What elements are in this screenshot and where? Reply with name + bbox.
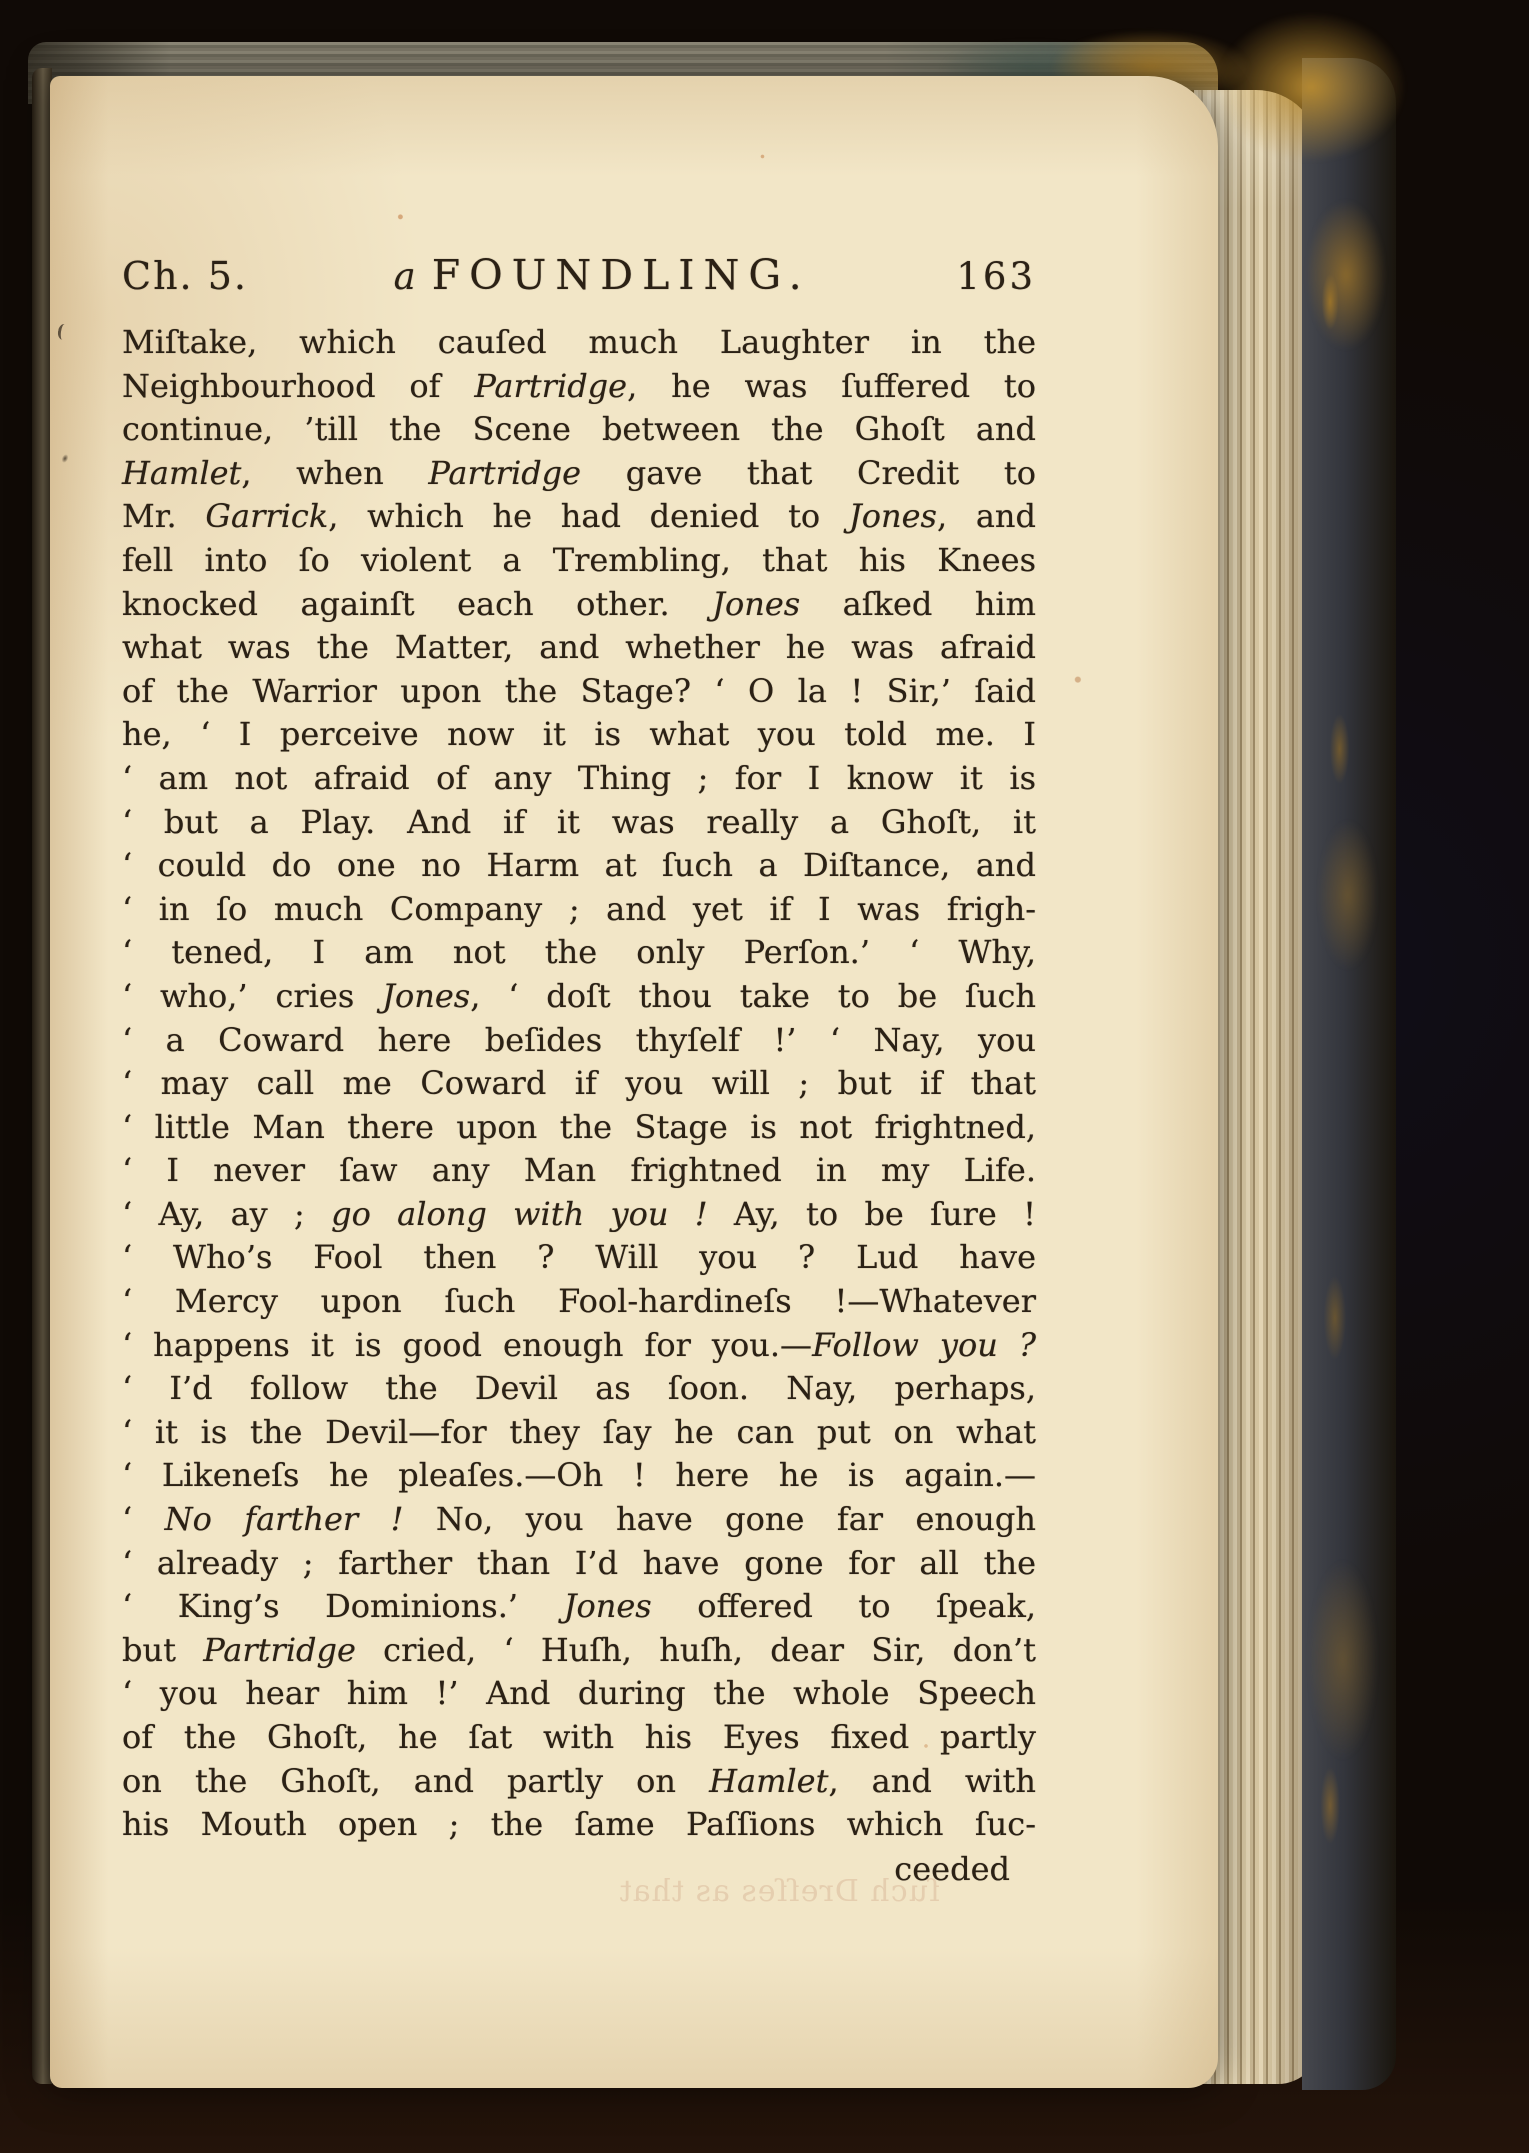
text-line: ‘ who,’ cries Jones, ‘ doſt thou take to… (122, 975, 1036, 1019)
text-column: Ch. 5. aFOUNDLING. 163 Miſtake, which ca… (122, 251, 1036, 1891)
cover-damage-patch (1308, 1560, 1378, 1760)
text-line: ‘ No farther ! No, you have gone far eno… (122, 1498, 1036, 1542)
text-line: his Mouth open ; the ſame Paſſions which… (122, 1803, 1036, 1847)
text-line: Hamlet, when Partridge gave that Credit … (122, 452, 1036, 496)
running-title-caps: FOUNDLING. (432, 251, 811, 299)
text-line: ‘ I’d follow the Devil as ſoon. Nay, per… (122, 1367, 1036, 1411)
photo-background: Ch. 5. aFOUNDLING. 163 Miſtake, which ca… (0, 0, 1529, 2153)
text-line: fell into ſo violent a Trembling, that h… (122, 539, 1036, 583)
text-line: ‘ may call me Coward if you will ; but i… (122, 1062, 1036, 1106)
text-line: he, ‘ I perceive now it is what you told… (122, 713, 1036, 757)
text-line: Neighbourhood of Partridge, he was ſuffe… (122, 365, 1036, 409)
text-line: ‘ tened, I am not the only Perſon.’ ‘ Wh… (122, 931, 1036, 975)
text-line: of the Warrior upon the Stage? ‘ O la ! … (122, 670, 1036, 714)
text-line: knocked againſt each other. Jones aſked … (122, 583, 1036, 627)
text-line: ‘ little Man there upon the Stage is not… (122, 1106, 1036, 1150)
text-line: ‘ happens it is good enough for you.—Fol… (122, 1324, 1036, 1368)
page-number: 163 (956, 255, 1036, 298)
text-line: ‘ you hear him !’ And during the whole S… (122, 1672, 1036, 1716)
showthrough-text: ſuch Dreſſes as that (520, 1874, 940, 1909)
text-line: ‘ Who’s Fool then ? Will you ? Lud have (122, 1236, 1036, 1280)
text-line: on the Ghoſt, and partly on Hamlet, and … (122, 1760, 1036, 1804)
cover-damage-patch (1318, 820, 1378, 970)
text-line: what was the Matter, and whether he was … (122, 626, 1036, 670)
text-line: ‘ I never ſaw any Man frightned in my Li… (122, 1149, 1036, 1193)
text-line: ‘ but a Play. And if it was really a Gho… (122, 801, 1036, 845)
text-line: continue, ’till the Scene between the Gh… (122, 408, 1036, 452)
text-line: ‘ a Coward here beſides thyſelf !’ ‘ Nay… (122, 1019, 1036, 1063)
text-line: ‘ already ; farther than I’d have gone f… (122, 1542, 1036, 1586)
margin-ink-mark (60, 453, 69, 464)
text-line: ‘ Mercy upon ſuch Fool-hardineſs !—Whate… (122, 1280, 1036, 1324)
text-line: ‘ King’s Dominions.’ Jones offered to ſp… (122, 1585, 1036, 1629)
text-line: of the Ghoſt, he ſat with his Eyes fixed… (122, 1716, 1036, 1760)
text-line: ‘ it is the Devil—for they ſay he can pu… (122, 1411, 1036, 1455)
cover-damage-patch (1306, 200, 1386, 350)
book-gutter-edge (32, 68, 52, 2084)
body-text: Miſtake, which cauſed much Laughter in t… (122, 321, 1036, 1847)
chapter-label: Ch. 5. (122, 254, 248, 298)
running-header: Ch. 5. aFOUNDLING. 163 (122, 251, 1036, 299)
text-line: ‘ Likeneſs he pleaſes.—Oh ! here he is a… (122, 1454, 1036, 1498)
running-title-article: a (394, 255, 416, 298)
running-title: aFOUNDLING. (394, 251, 811, 299)
text-line: but Partridge cried, ‘ Huſh, huſh, dear … (122, 1629, 1036, 1673)
text-line: Miſtake, which cauſed much Laughter in t… (122, 321, 1036, 365)
text-line: Mr. Garrick, which he had denied to Jone… (122, 495, 1036, 539)
cover-damage-patch (1216, 12, 1406, 162)
text-line: ‘ could do one no Harm at ſuch a Diſtanc… (122, 844, 1036, 888)
book-cover-edge (1302, 58, 1396, 2090)
text-line: ‘ am not afraid of any Thing ; for I kno… (122, 757, 1036, 801)
book-page: Ch. 5. aFOUNDLING. 163 Miſtake, which ca… (50, 76, 1218, 2088)
text-line: ‘ Ay, ay ; go along with you ! Ay, to be… (122, 1193, 1036, 1237)
text-line: ‘ in ſo much Company ; and yet if I was … (122, 888, 1036, 932)
margin-ink-mark (57, 323, 70, 340)
